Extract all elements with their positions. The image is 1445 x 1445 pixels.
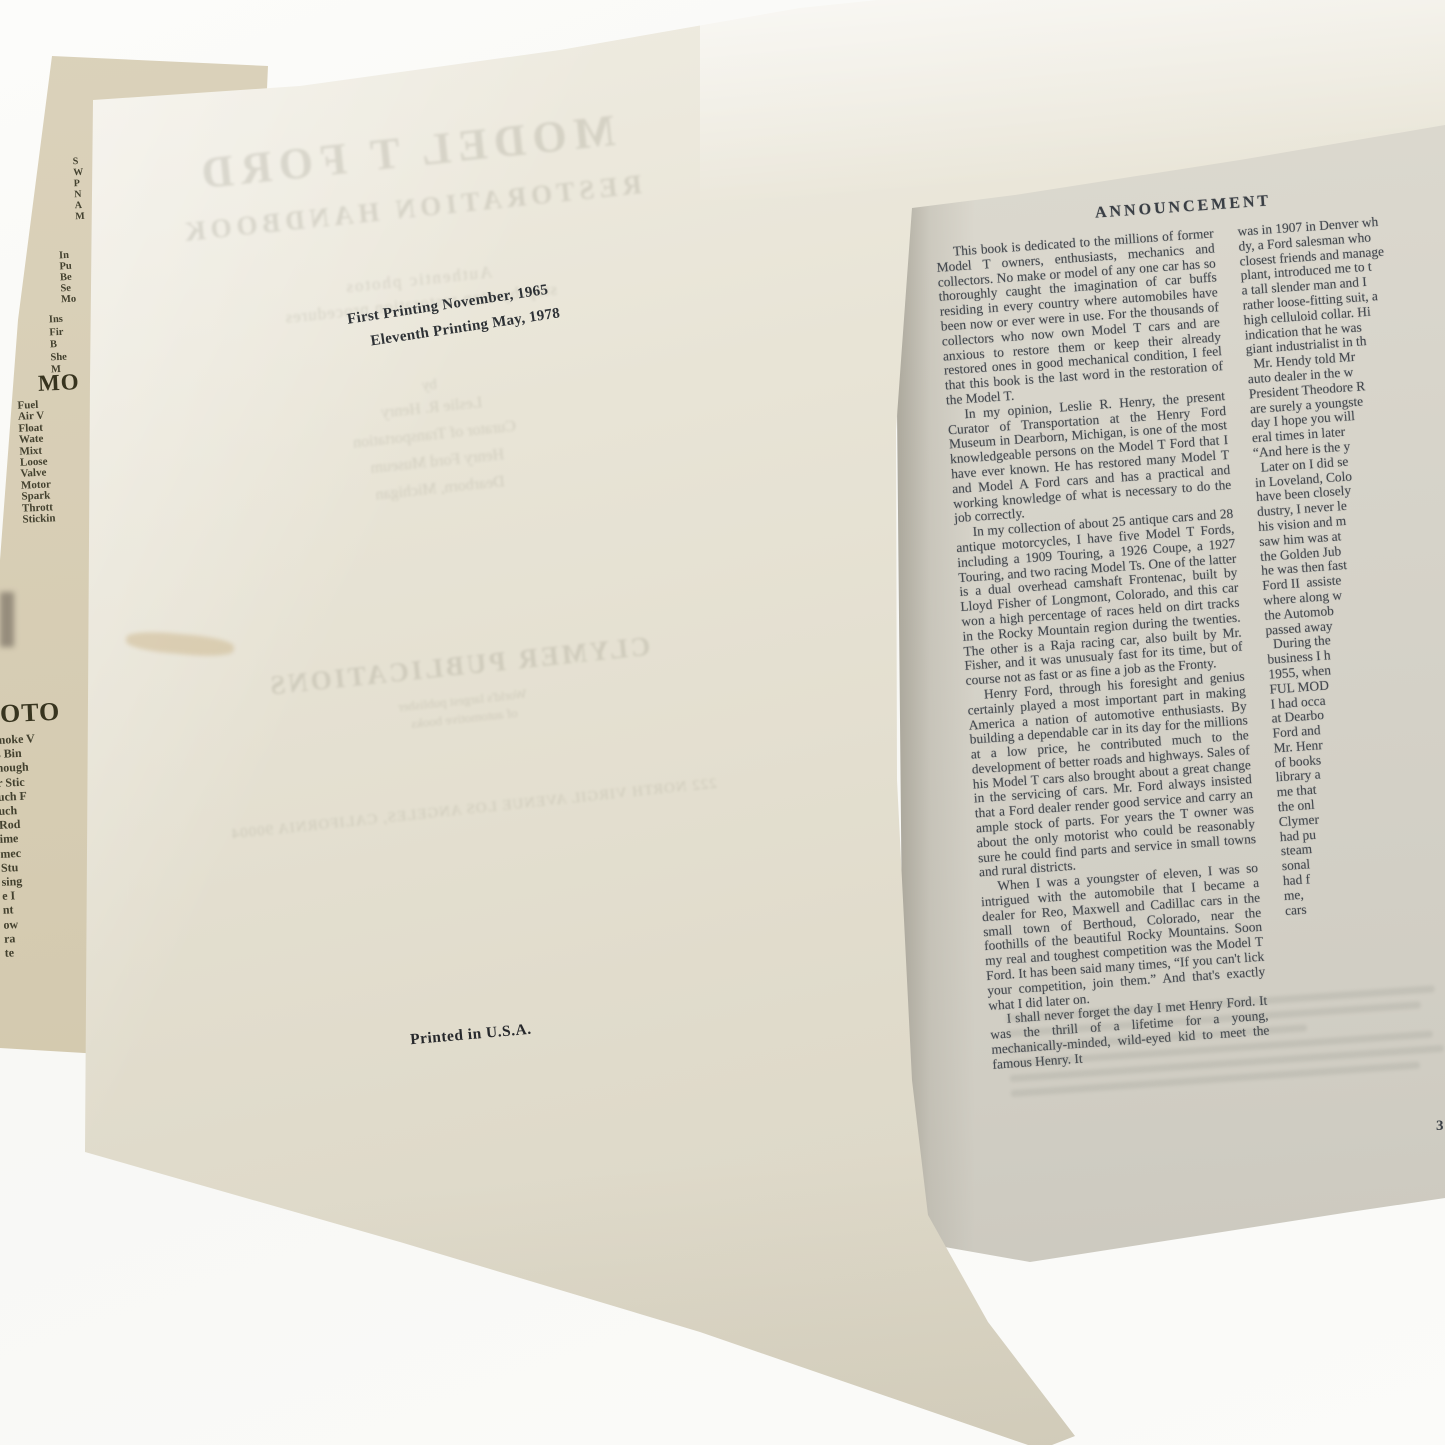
toc-fragment: P [74,178,84,189]
toc-item: ow [3,916,43,932]
toc-fragment: S [73,156,83,167]
toc-item: moke V [0,731,35,747]
page-edge-shadow [0,592,14,647]
showthrough-title-page: MODEL T FORD RESTORATION HANDBOOK Authen… [77,79,832,1181]
toc-item: Wate [19,434,52,447]
toc-item: te [4,944,44,960]
announcement-content: ANNOUNCEMENT This book is dedicated to t… [932,162,1445,1072]
toc-fragment: M [51,364,68,377]
toc-fragment: Be [60,272,76,284]
announcement-column-2-clipped: was in 1907 in Denver whdy, a Ford sales… [1237,208,1445,1051]
toc-item: ime [0,831,39,847]
paragraph: This book is dedicated to the millions o… [935,226,1224,408]
toc-fragment: Mo [61,294,77,306]
toc-item: Spark [21,491,54,504]
paragraph: Henry Ford, through his foresight and ge… [966,669,1257,880]
toc-item: uch [0,802,38,818]
toc-item: e I [2,887,42,903]
announcement-columns: This book is dedicated to the millions o… [935,208,1445,1072]
toc-item: nt [2,902,42,918]
toc-item: hough [0,760,36,776]
toc-item: Mixt [19,445,52,458]
toc-fragments-tiny: SWPNAM [73,156,86,222]
toc-fragment: A [74,200,84,211]
toc-items-troubleshooting: moke Vs Binhoughr Sticuch FuchRodimemecS… [0,731,44,960]
announcement-column-1: This book is dedicated to the millions o… [935,226,1271,1072]
paragraph: In my collection of about 25 antique car… [955,507,1244,689]
page-number: 3 [1436,1118,1444,1135]
ghost-address: 222 NORTH VIRGIL AVENUE LOS ANGELES, CAL… [150,767,798,852]
toc-fragment: N [74,189,84,200]
toc-item: Valve [20,468,53,481]
toc-item: s Bin [0,745,36,761]
toc-item: ra [4,930,44,946]
toc-items-carburetor: FuelAir VFloatWateMixtLooseValveMotorSpa… [17,399,55,526]
toc-heading-motor: MO [37,369,80,397]
toc-fragment: M [75,211,85,222]
toc-item: mec [0,845,40,861]
paragraph: In my opinion, Leslie R. Henry, the pres… [947,389,1233,527]
toc-item: Loose [20,456,53,469]
toc-item: uch F [0,788,38,804]
toc-fragment: She [50,351,67,364]
toc-fragment: In [59,250,75,262]
toc-item: Stickin [22,513,55,526]
toc-fragment: B [50,339,67,352]
toc-heading-motor-2: OTO [0,697,61,730]
toc-item: Stu [1,859,41,875]
toc-fragment: W [73,167,83,178]
toc-fragment: Ins [49,314,66,327]
toc-item: Fuel [17,399,50,412]
book-photo: SWPNAM InPuBeSeMo InsFirBSheM MO FuelAir… [0,0,1445,1445]
toc-fragment: Fir [49,326,66,339]
toc-fragments-b: InsFirBSheM [49,314,68,378]
paragraph: When I was a youngster of eleven, I was … [980,861,1267,1013]
toc-item: sing [1,873,41,889]
toc-fragment: Pu [59,261,75,273]
toc-item: Rod [0,816,39,832]
toc-item: Motor [21,479,54,492]
toc-item: Float [18,422,51,435]
toc-fragment: Se [60,283,76,295]
toc-item: Air V [18,411,51,424]
toc-item: r Stic [0,774,37,790]
toc-item: Thrott [22,502,55,515]
toc-fragments-a: InPuBeSeMo [59,250,77,306]
